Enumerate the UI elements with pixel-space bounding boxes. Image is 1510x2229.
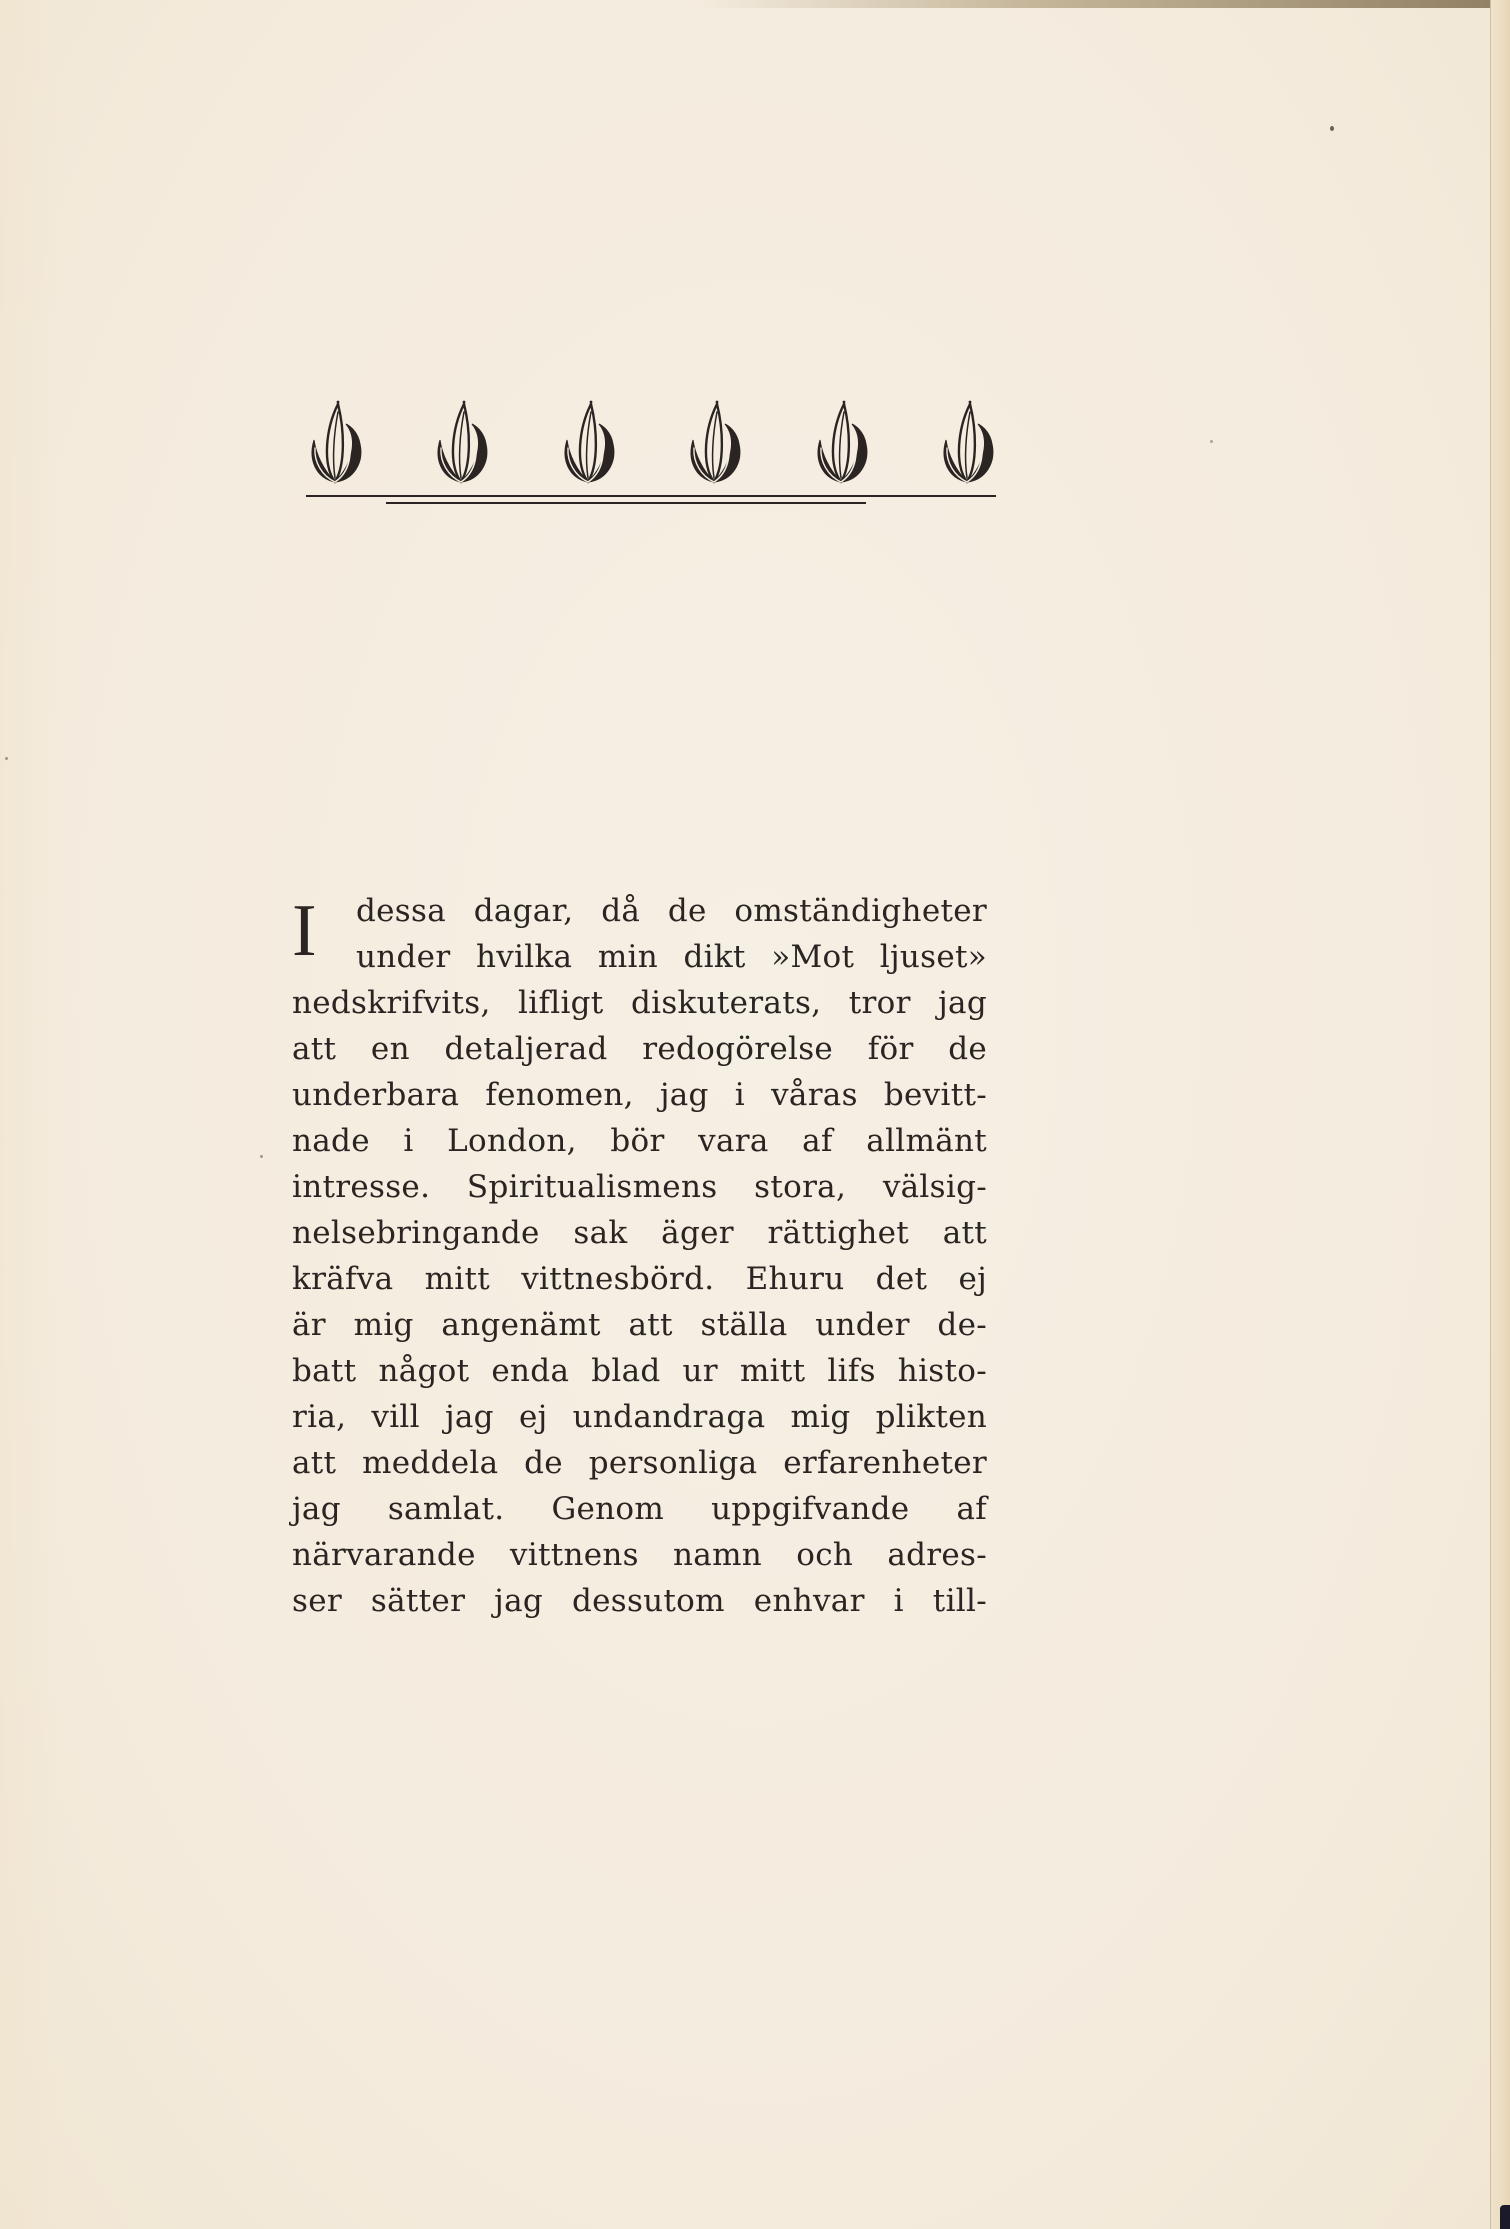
text-line: intresse. Spiritualismens stora, välsig- <box>292 1164 987 1210</box>
text-line: närvarande vittnens namn och adres- <box>292 1532 987 1578</box>
flame-ornament-icon <box>938 398 996 484</box>
text-line: att en detaljerad redogörelse för de <box>292 1026 987 1072</box>
text-line: nade i London, bör vara af allmänt <box>292 1118 987 1164</box>
page-top-edge <box>700 0 1510 8</box>
paper-speck <box>1210 440 1213 443</box>
text-line: är mig angenämt att ställa under de- <box>292 1302 987 1348</box>
ornament-rule-upper <box>306 495 996 497</box>
text-line: under hvilka min dikt »Mot ljuset» <box>292 934 987 980</box>
text-line: jag samlat. Genom uppgifvande af <box>292 1486 987 1532</box>
flame-ornament-icon <box>685 398 743 484</box>
text-line: nedskrifvits, lifligt diskuterats, tror … <box>292 980 987 1026</box>
flame-ornament-icon <box>432 398 490 484</box>
flame-ornament-icon <box>306 398 364 484</box>
flame-row <box>306 398 996 486</box>
flame-ornament-icon <box>559 398 617 484</box>
book-page: I dessa dagar, då de omständigheter unde… <box>0 0 1510 2229</box>
text-line: dessa dagar, då de omständigheter <box>292 888 987 934</box>
page-right-edge <box>1490 0 1510 2229</box>
paper-speck <box>260 1155 263 1158</box>
flame-ornament-icon <box>812 398 870 484</box>
text-line: underbara fenomen, jag i våras bevitt- <box>292 1072 987 1118</box>
corner-mark <box>1500 2205 1510 2229</box>
paper-speck <box>1330 126 1334 131</box>
flame-ornament-header <box>306 398 996 508</box>
text-line: kräfva mitt vittnesbörd. Ehuru det ej <box>292 1256 987 1302</box>
paper-speck <box>5 757 8 760</box>
body-paragraph: I dessa dagar, då de omständigheter unde… <box>292 888 987 1624</box>
text-line: nelsebringande sak äger rättighet att <box>292 1210 987 1256</box>
text-line: ria, vill jag ej undandraga mig plikten <box>292 1394 987 1440</box>
text-line: att meddela de personliga erfarenheter <box>292 1440 987 1486</box>
text-line: batt något enda blad ur mitt lifs histo- <box>292 1348 987 1394</box>
text-line: ser sätter jag dessutom enhvar i till- <box>292 1578 987 1624</box>
ornament-rule-lower <box>386 502 866 504</box>
